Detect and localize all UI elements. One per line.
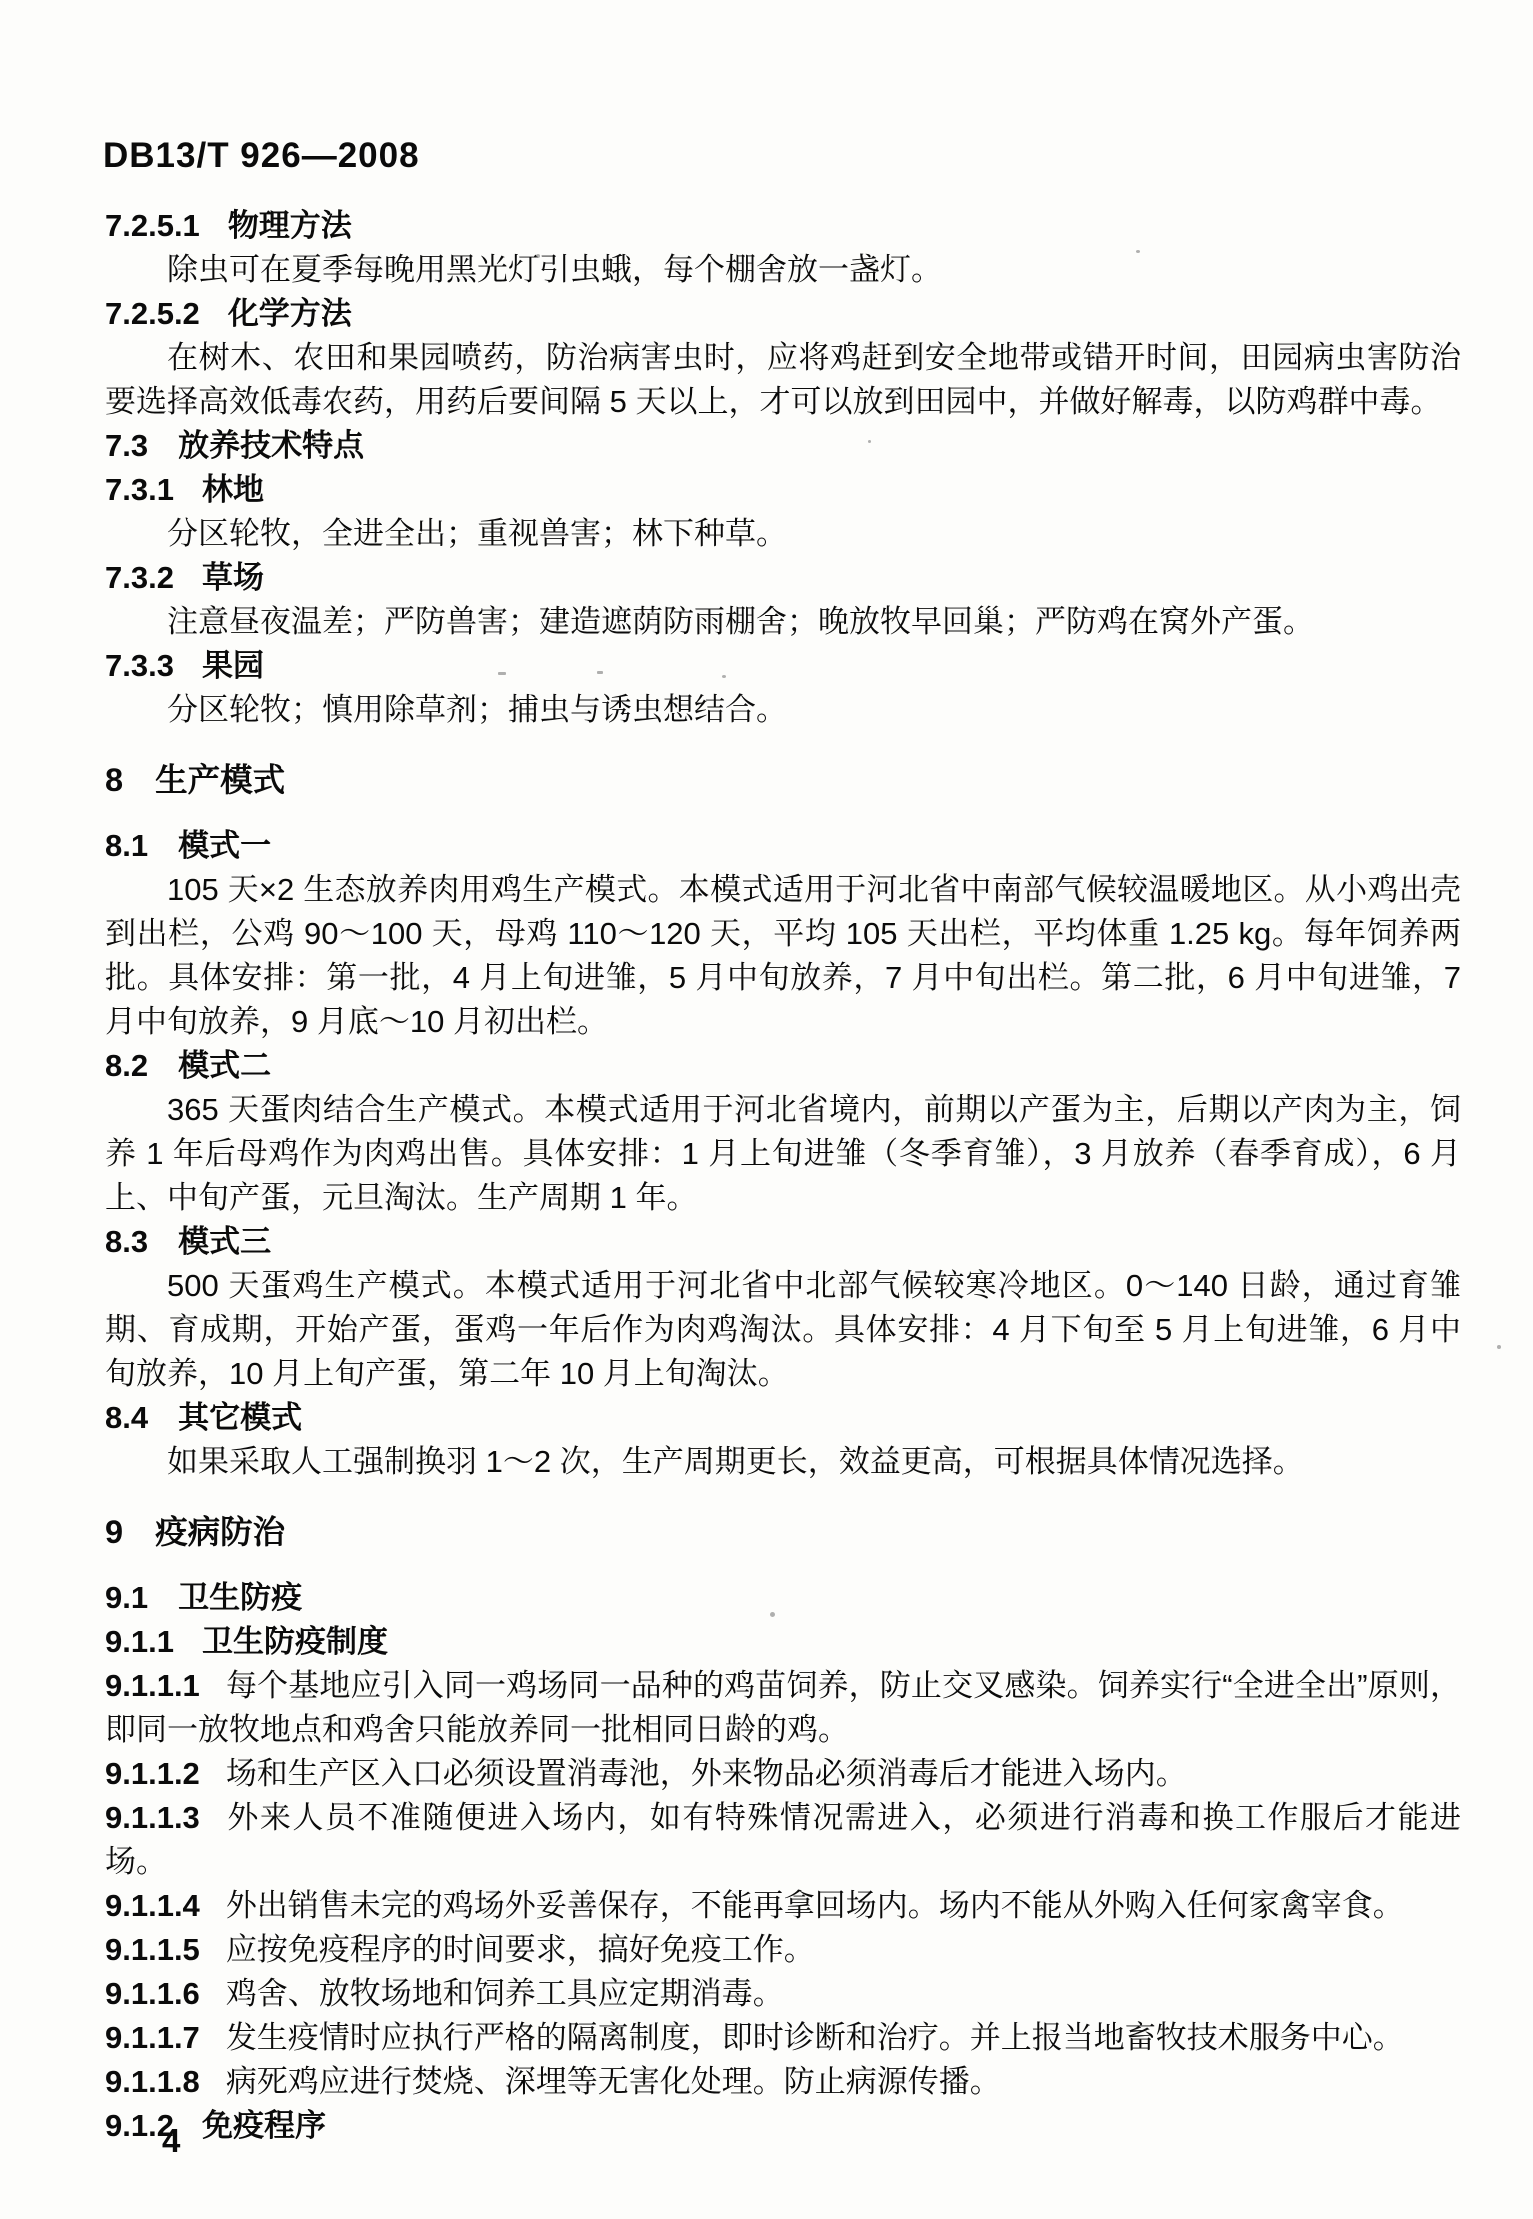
heading-title: 其它模式 [178, 1400, 302, 1435]
heading: 7.3.3果园 [105, 644, 1461, 688]
scan-speck [1136, 250, 1140, 253]
heading-title: 免疫程序 [202, 2108, 326, 2143]
paragraph: 500 天蛋鸡生产模式。本模式适用于河北省中北部气候较寒冷地区。0～140 日龄… [105, 1264, 1461, 1396]
heading: 8.4其它模式 [105, 1396, 1461, 1440]
clause-number: 9.1.1.8 [105, 2060, 200, 2104]
clause-text: 场和生产区入口必须设置消毒池，外来物品必须消毒后才能进入场内。 [226, 1756, 1187, 1791]
clause-number: 9.1.1.2 [105, 1752, 200, 1796]
paragraph: 分区轮牧，全进全出；重视兽害；林下种草。 [105, 512, 1461, 556]
heading-number: 7.3.2 [105, 556, 174, 600]
heading-number: 8.1 [105, 824, 148, 868]
heading-number: 8.2 [105, 1044, 148, 1088]
heading: 7.2.5.1物理方法 [105, 204, 1461, 248]
clause-item: 9.1.1.6鸡舍、放牧场地和饲养工具应定期消毒。 [105, 1972, 1461, 2016]
paragraph: 105 天×2 生态放养肉用鸡生产模式。本模式适用于河北省中南部气候较温暖地区。… [105, 868, 1461, 1044]
scan-speck [770, 1612, 775, 1617]
heading-title: 放养技术特点 [178, 428, 364, 463]
heading: 9.1.2免疫程序 [105, 2104, 1461, 2148]
heading-title: 疫病防治 [155, 1514, 285, 1550]
clause-text: 外来人员不准随便进入场内，如有特殊情况需进入，必须进行消毒和换工作服后才能进场。 [105, 1800, 1461, 1879]
paragraph: 在树木、农田和果园喷药，防治病害虫时，应将鸡赶到安全地带或错开时间，田园病虫害防… [105, 336, 1461, 424]
heading-number: 9 [105, 1510, 123, 1554]
heading-number: 8.4 [105, 1396, 148, 1440]
heading-number: 7.2.5.1 [105, 204, 200, 248]
heading: 7.3.1林地 [105, 468, 1461, 512]
clause-number: 9.1.1.5 [105, 1928, 200, 1972]
heading-number: 7.3 [105, 424, 148, 468]
clause-text: 鸡舍、放牧场地和饲养工具应定期消毒。 [226, 1976, 784, 2011]
clause-text: 外出销售未完的鸡场外妥善保存，不能再拿回场内。场内不能从外购入任何家禽宰食。 [226, 1888, 1404, 1923]
heading: 9.1卫生防疫 [105, 1576, 1461, 1620]
heading-number: 7.2.5.2 [105, 292, 200, 336]
heading-number: 9.1.1 [105, 1620, 174, 1664]
heading-title: 模式二 [178, 1048, 271, 1083]
scan-speck [597, 671, 603, 674]
heading-title: 生产模式 [155, 762, 285, 798]
paragraph: 如果采取人工强制换羽 1～2 次，生产周期更长，效益更高，可根据具体情况选择。 [105, 1440, 1461, 1484]
heading-number: 8.3 [105, 1220, 148, 1264]
document-content: 7.2.5.1物理方法除虫可在夏季每晚用黑光灯引虫蛾，每个棚舍放一盏灯。7.2.… [105, 204, 1461, 2148]
heading: 8.2模式二 [105, 1044, 1461, 1088]
heading: 9.1.1卫生防疫制度 [105, 1620, 1461, 1664]
clause-number: 9.1.1.4 [105, 1884, 200, 1928]
clause-text: 每个基地应引入同一鸡场同一品种的鸡苗饲养，防止交叉感染。饲养实行“全进全出”原则… [105, 1668, 1461, 1747]
heading-title: 模式一 [178, 828, 271, 863]
heading-title: 化学方法 [228, 296, 352, 331]
clause-number: 9.1.1.7 [105, 2016, 200, 2060]
clause-text: 病死鸡应进行焚烧、深埋等无害化处理。防止病源传播。 [226, 2064, 1001, 2099]
page-number: 4 [162, 2122, 180, 2160]
heading-title: 果园 [202, 648, 264, 683]
heading-number: 7.3.1 [105, 468, 174, 512]
clause-item: 9.1.1.2场和生产区入口必须设置消毒池，外来物品必须消毒后才能进入场内。 [105, 1752, 1461, 1796]
heading: 7.2.5.2化学方法 [105, 292, 1461, 336]
heading: 7.3放养技术特点 [105, 424, 1461, 468]
paragraph: 分区轮牧；慎用除草剂；捕虫与诱虫想结合。 [105, 688, 1461, 732]
clause-text: 发生疫情时应执行严格的隔离制度，即时诊断和治疗。并上报当地畜牧技术服务中心。 [226, 2020, 1404, 2055]
paragraph: 注意昼夜温差；严防兽害；建造遮荫防雨棚舍；晚放牧早回巢；严防鸡在窝外产蛋。 [105, 600, 1461, 644]
heading: 8生产模式 [105, 758, 1461, 802]
heading-title: 卫生防疫 [178, 1580, 302, 1615]
scan-speck [498, 672, 506, 675]
scan-speck [1497, 1345, 1501, 1349]
heading: 8.3模式三 [105, 1220, 1461, 1264]
scan-speck [868, 440, 871, 443]
clause-number: 9.1.1.3 [105, 1796, 200, 1840]
clause-item: 9.1.1.3外来人员不准随便进入场内，如有特殊情况需进入，必须进行消毒和换工作… [105, 1796, 1461, 1884]
paragraph: 365 天蛋肉结合生产模式。本模式适用于河北省境内，前期以产蛋为主，后期以产肉为… [105, 1088, 1461, 1220]
clause-item: 9.1.1.4外出销售未完的鸡场外妥善保存，不能再拿回场内。场内不能从外购入任何… [105, 1884, 1461, 1928]
doc-code: DB13/T 926—2008 [103, 136, 420, 176]
clause-item: 9.1.1.8病死鸡应进行焚烧、深埋等无害化处理。防止病源传播。 [105, 2060, 1461, 2104]
heading-number: 8 [105, 758, 123, 802]
heading: 7.3.2草场 [105, 556, 1461, 600]
scan-speck [722, 675, 726, 678]
clause-number: 9.1.1.1 [105, 1664, 200, 1708]
scan-speck [536, 254, 540, 258]
heading-number: 7.3.3 [105, 644, 174, 688]
clause-number: 9.1.1.6 [105, 1972, 200, 2016]
heading-title: 物理方法 [228, 208, 352, 243]
heading-number: 9.1 [105, 1576, 148, 1620]
clause-item: 9.1.1.1每个基地应引入同一鸡场同一品种的鸡苗饲养，防止交叉感染。饲养实行“… [105, 1664, 1461, 1752]
clause-item: 9.1.1.5应按免疫程序的时间要求，搞好免疫工作。 [105, 1928, 1461, 1972]
heading: 8.1模式一 [105, 824, 1461, 868]
heading-title: 草场 [202, 560, 264, 595]
paragraph: 除虫可在夏季每晚用黑光灯引虫蛾，每个棚舍放一盏灯。 [105, 248, 1461, 292]
heading-title: 卫生防疫制度 [202, 1624, 388, 1659]
clause-item: 9.1.1.7发生疫情时应执行严格的隔离制度，即时诊断和治疗。并上报当地畜牧技术… [105, 2016, 1461, 2060]
document-page: DB13/T 926—2008 7.2.5.1物理方法除虫可在夏季每晚用黑光灯引… [0, 0, 1533, 2219]
heading-title: 模式三 [178, 1224, 271, 1259]
clause-text: 应按免疫程序的时间要求，搞好免疫工作。 [226, 1932, 815, 1967]
heading: 9疫病防治 [105, 1510, 1461, 1554]
heading-title: 林地 [202, 472, 264, 507]
